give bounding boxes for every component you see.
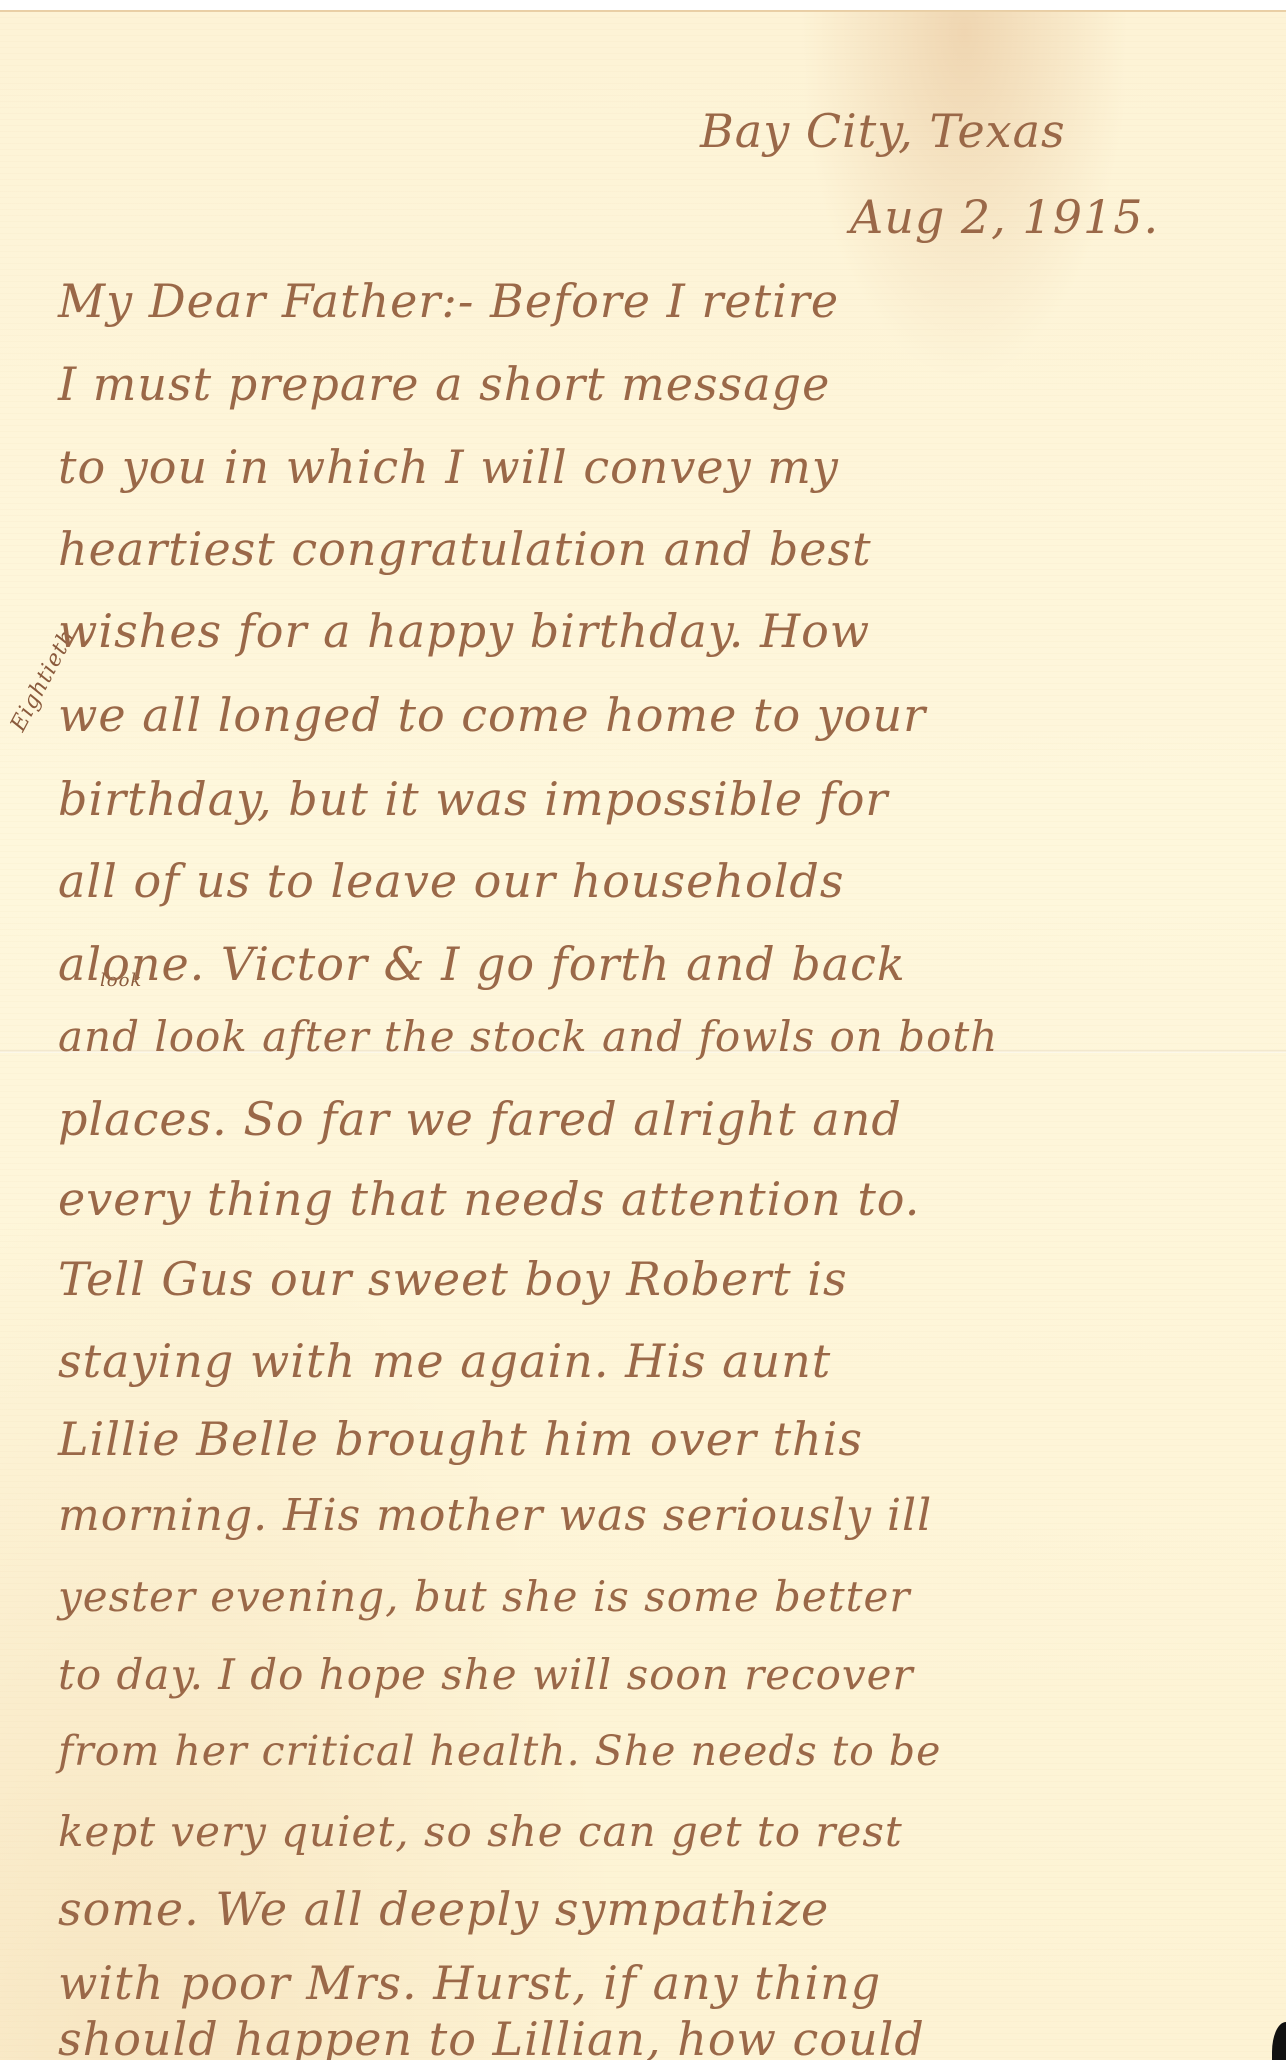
letter-line: alone. Victor & I go forth and back	[58, 937, 906, 991]
letter-line: staying with me again. His aunt	[58, 1334, 831, 1388]
letter-place: Bay City, Texas	[700, 104, 1066, 158]
letter-line: yester evening, but she is some better	[58, 1572, 910, 1621]
letter-line: morning. His mother was seriously ill	[58, 1490, 932, 1541]
letter-line: we all longed to come home to your	[58, 688, 926, 742]
letter-line: Lillie Belle brought him over this	[58, 1412, 863, 1466]
letter-date: Aug 2, 1915.	[850, 190, 1159, 244]
letter-line: to day. I do hope she will soon recover	[58, 1650, 914, 1699]
scan-corner-shadow	[1272, 2022, 1286, 2060]
letter-line: should happen to Lillian, how could	[58, 2012, 925, 2060]
letter-line: wishes for a happy birthday. How	[58, 604, 870, 658]
letter-line: birthday, but it was impossible for	[58, 772, 888, 826]
letter-line: My Dear Father:- Before I retire	[58, 274, 839, 328]
letter-line: from her critical health. She needs to b…	[58, 1727, 941, 1775]
letter-line: some. We all deeply sympathize	[58, 1882, 829, 1936]
letter-line: to you in which I will convey my	[58, 440, 839, 494]
letter-line: kept very quiet, so she can get to rest	[58, 1807, 903, 1856]
letter-page: Bay City, Texas Aug 2, 1915. Eightieth l…	[0, 10, 1286, 2060]
letter-line: all of us to leave our households	[58, 854, 844, 908]
letter-line: with poor Mrs. Hurst, if any thing	[58, 1956, 881, 2010]
letter-line: every thing that needs attention to.	[58, 1172, 920, 1226]
letter-line: places. So far we fared alright and	[58, 1092, 902, 1146]
letter-line: and look after the stock and fowls on bo…	[58, 1012, 998, 1061]
letter-line: heartiest congratulation and best	[58, 522, 872, 576]
letter-line: I must prepare a short message	[58, 357, 830, 411]
letter-line: Tell Gus our sweet boy Robert is	[58, 1252, 848, 1306]
